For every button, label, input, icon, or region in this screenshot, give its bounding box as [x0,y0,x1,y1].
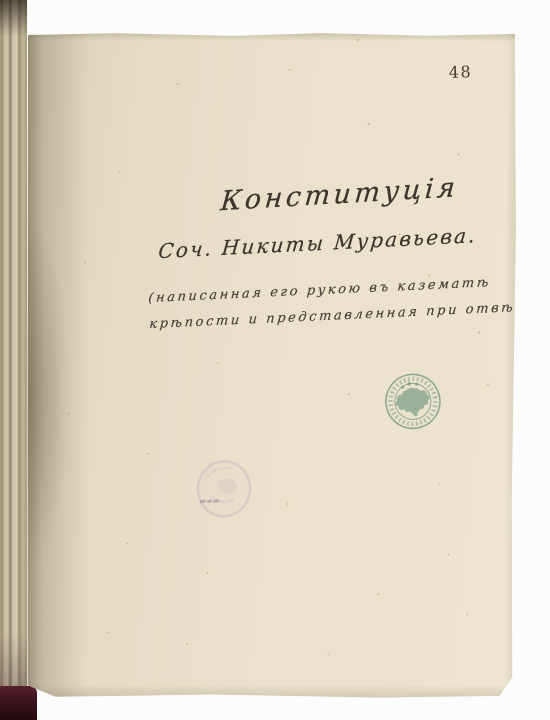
handwritten-note-line-1: (написанная его рукою въ казематѣ [148,275,492,306]
faint-purple-stamp-icon [189,454,260,528]
book-spine-page-edges [0,0,27,720]
page-number: 48 [448,62,472,82]
paper-speckles [26,31,517,698]
handwritten-byline: Соч. Никиты Муравьева. [157,223,478,263]
manuscript-page: 48 Конституція Соч. Никиты Муравьева. (н… [26,31,517,698]
handwritten-title: Конституція [219,172,459,217]
green-seal-stamp-icon [376,364,450,439]
scanned-manuscript-photo: 48 Конституція Соч. Никиты Муравьева. (н… [0,0,550,720]
book-cover-corner [0,686,37,720]
